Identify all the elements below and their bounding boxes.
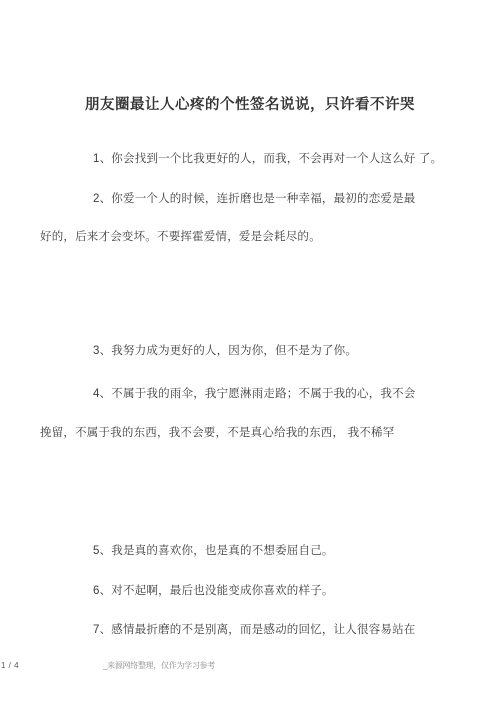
paragraph-line-3: 3、我努力成为更好的人，因为你，但不是为了你。 bbox=[40, 343, 460, 359]
paragraph-line-2-continuation: 好的，后来才会变坏。不要挥霍爱情，爱是会耗尽的。 bbox=[40, 229, 460, 245]
paragraph-line-6: 6、对不起啊，最后也没能变成你喜欢的样子。 bbox=[40, 583, 460, 599]
document-page: 朋友圈最让人心疼的个性签名说说，只许看不许哭 1、你会找到一个比我更好的人，而我… bbox=[0, 0, 500, 708]
paragraph-line-4-continuation: 挽留，不属于我的东西，我不会要，不是真心给我的东西， 我不稀罕 bbox=[40, 425, 460, 441]
paragraph-line-4: 4、不属于我的雨伞，我宁愿淋雨走路；不属于我的心，我不会 bbox=[40, 386, 460, 402]
page-number: 1 / 4 bbox=[1, 661, 19, 671]
footer-note: _来源网络整理，仅作为学习参考 bbox=[103, 661, 215, 671]
doc-title: 朋友圈最让人心疼的个性签名说说，只许看不许哭 bbox=[0, 95, 500, 115]
paragraph-line-2: 2、你爱一个人的时候，连折磨也是一种幸福，最初的恋爱是最 bbox=[40, 191, 460, 207]
paragraph-line-1: 1、你会找到一个比我更好的人，而我，不会再对一个人这么好 了。 bbox=[40, 151, 460, 167]
paragraph-line-7: 7、感情最折磨的不是别离，而是感动的回忆，让人很容易站在 bbox=[40, 622, 460, 638]
paragraph-line-5: 5、我是真的喜欢你，也是真的不想委屈自己。 bbox=[40, 543, 460, 559]
